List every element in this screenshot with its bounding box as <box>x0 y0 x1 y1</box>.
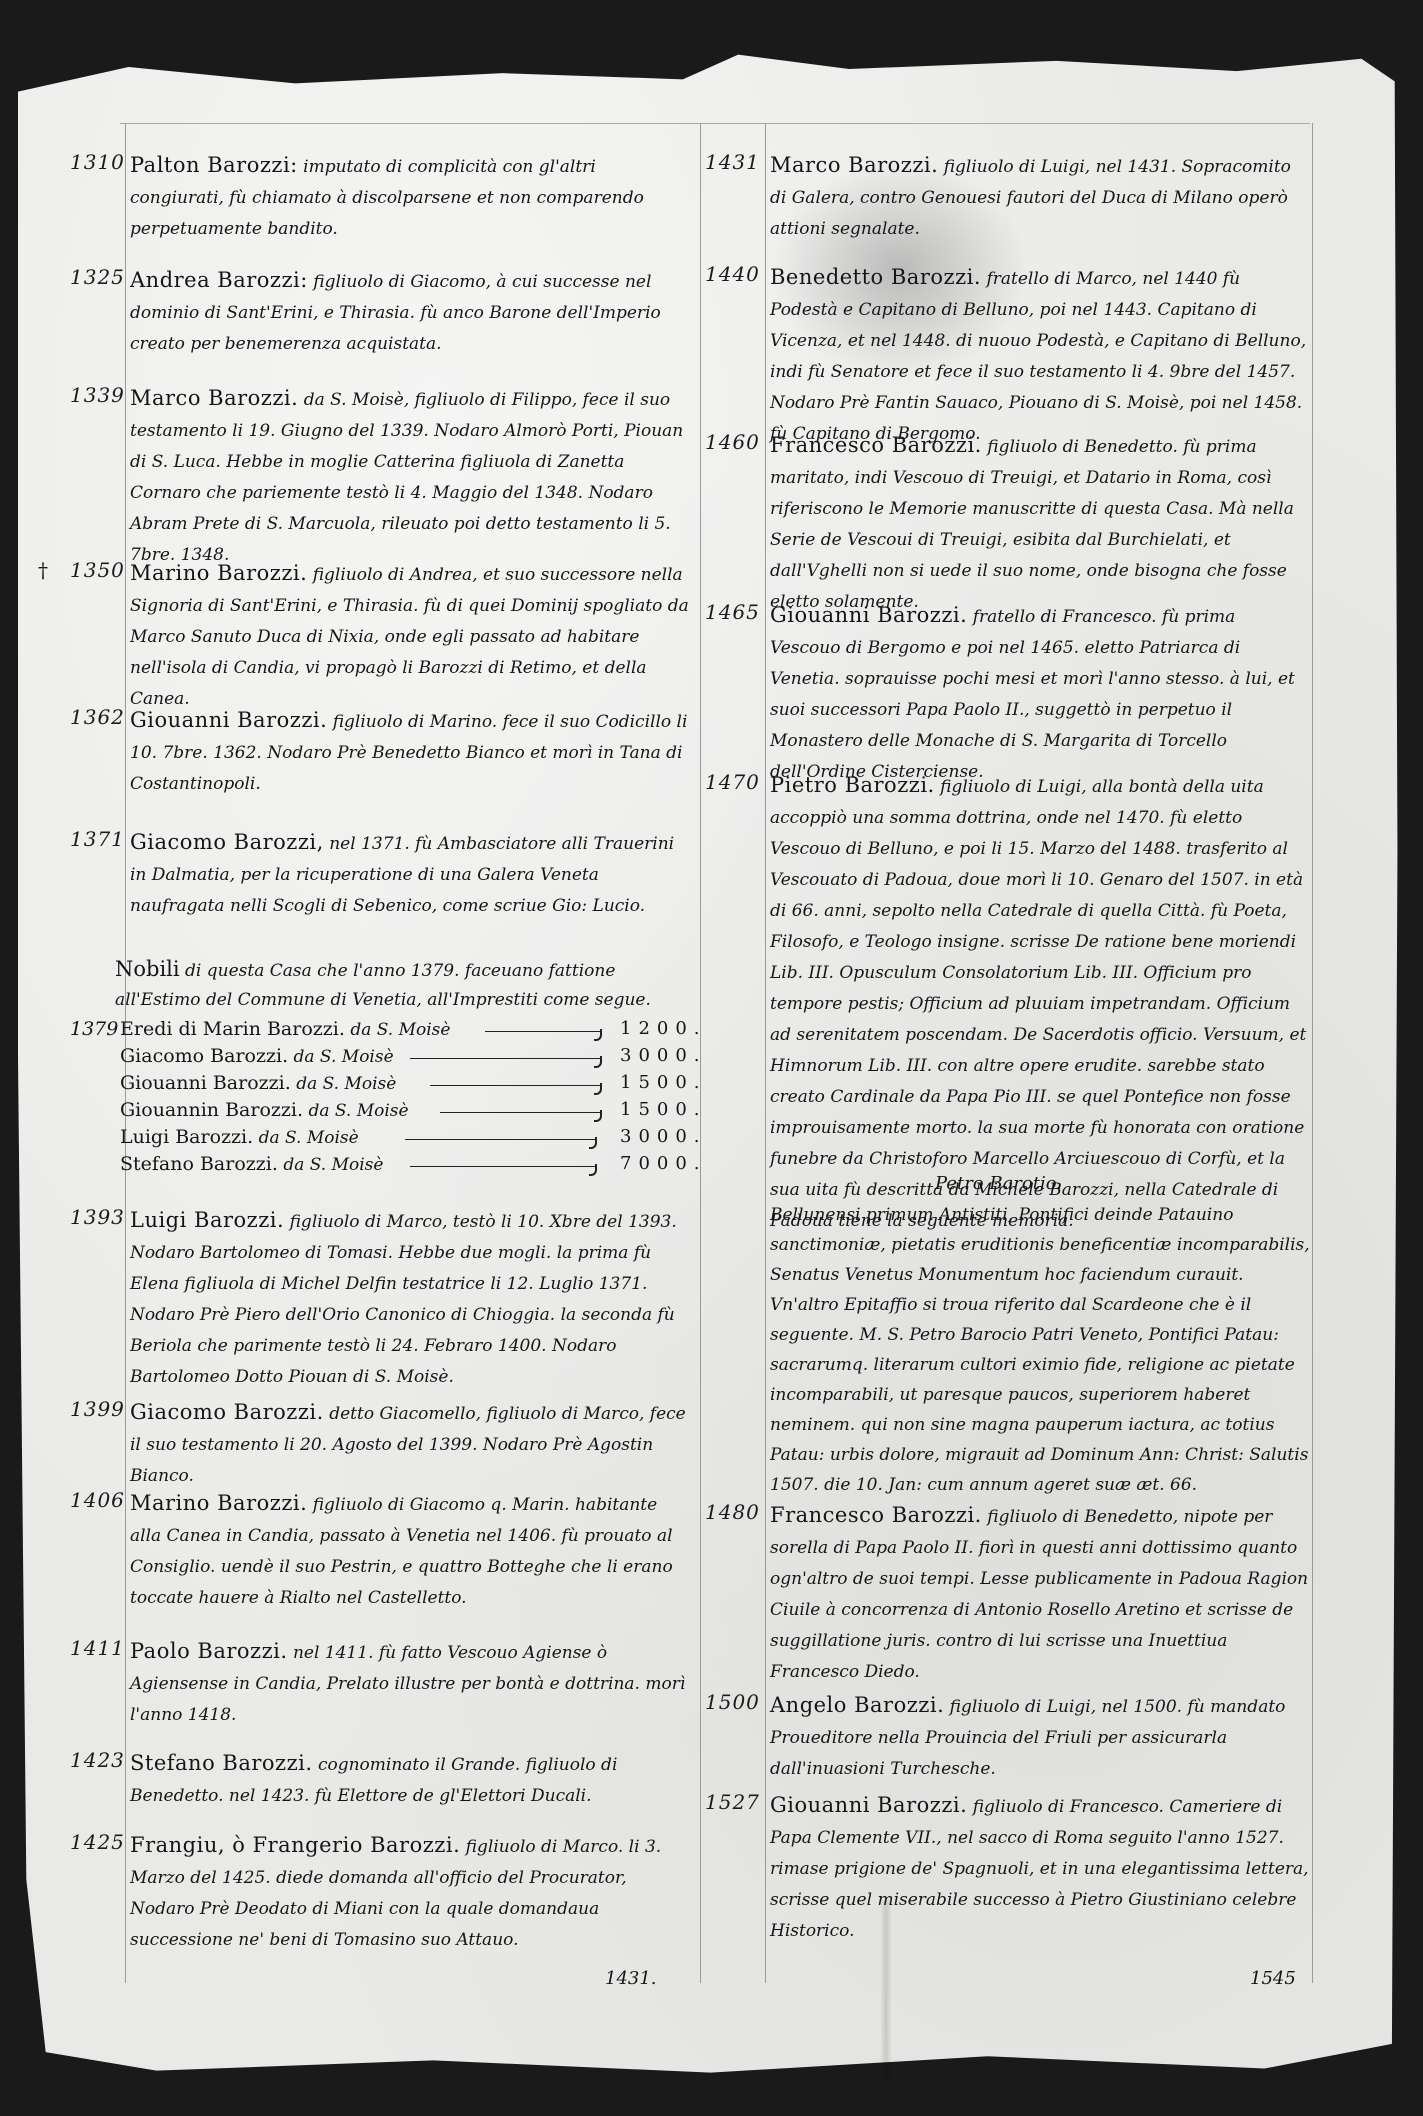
entry-year: 1425 <box>70 1830 125 1854</box>
right-edge-rule <box>1312 123 1313 1983</box>
entry-year: 1393 <box>70 1205 125 1229</box>
leader-line <box>440 1112 600 1113</box>
entry-text: Marino Barozzi. figliuolo di Giacomo q. … <box>130 1488 690 1614</box>
entry-name: Angelo Barozzi. <box>770 1693 944 1717</box>
leader-line <box>410 1166 595 1167</box>
catchword-right: 1545 <box>1250 1968 1296 1989</box>
ruled-frame-top <box>120 123 1310 124</box>
entry-year: 1411 <box>70 1636 125 1660</box>
entry-name: Marino Barozzi. <box>130 1491 307 1515</box>
entry-name: Giouanni Barozzi. <box>130 708 327 732</box>
estimo-row: Giouanni Barozzi. da S. Moisè 1500. <box>65 1072 700 1099</box>
entry-year: 1480 <box>705 1500 760 1524</box>
estimo-row: Luigi Barozzi. da S. Moisè 3000. <box>65 1126 700 1153</box>
entry-year: 1406 <box>70 1488 125 1512</box>
entry-name: Palton Barozzi: <box>130 153 298 177</box>
leader-line <box>485 1031 600 1032</box>
entry-year: 1431 <box>705 150 760 174</box>
entry-year: 1500 <box>705 1690 760 1714</box>
entry-name: Francesco Barozzi. <box>770 1503 982 1527</box>
entry-text: Palton Barozzi: imputato di complicità c… <box>130 150 690 245</box>
entry-text: Giacomo Barozzi, nel 1371. fù Ambasciato… <box>130 827 690 922</box>
entry-year: 1440 <box>705 262 760 286</box>
entry-text: Angelo Barozzi. figliuolo di Luigi, nel … <box>770 1690 1310 1785</box>
entry-text: Francesco Barozzi. figliuolo di Benedett… <box>770 430 1310 618</box>
entry-year: 1399 <box>70 1397 125 1421</box>
entry-name: Andrea Barozzi: <box>130 268 308 292</box>
entry-name: Luigi Barozzi. <box>130 1208 284 1232</box>
entry-name: Benedetto Barozzi. <box>770 265 981 289</box>
dagger-mark: † <box>38 558 48 582</box>
entry-year: 1527 <box>705 1790 760 1814</box>
entry-text: Stefano Barozzi. cognominato il Grande. … <box>130 1748 690 1812</box>
entry-year: 1423 <box>70 1748 125 1772</box>
entry-text: Andrea Barozzi: figliuolo di Giacomo, à … <box>130 265 690 360</box>
entry-name: Paolo Barozzi. <box>130 1639 288 1663</box>
entry-text: Francesco Barozzi. figliuolo di Benedett… <box>770 1500 1310 1688</box>
entry-text: Giouanni Barozzi. fratello di Francesco.… <box>770 600 1310 788</box>
entry-year: 1371 <box>70 827 125 851</box>
estimo-amount: 7000. <box>620 1153 707 1174</box>
entry-year: 1362 <box>70 705 125 729</box>
entry-name: Francesco Barozzi. <box>770 433 982 457</box>
estimo-intro: Nobili di questa Casa che l'anno 1379. f… <box>115 955 695 1015</box>
entry-name: Giouanni Barozzi. <box>770 603 967 627</box>
estimo-year: 1379 <box>70 1018 118 1040</box>
entry-name: Giacomo Barozzi. <box>130 1400 324 1424</box>
entry-text: Giouanni Barozzi. figliuolo di Francesco… <box>770 1790 1310 1947</box>
entry-text: Frangiu, ò Frangerio Barozzi. figliuolo … <box>130 1830 690 1956</box>
entry-text: Paolo Barozzi. nel 1411. fù fatto Vescou… <box>130 1636 690 1731</box>
epitaph-text: Bellunensi primum Antistiti, Pontifici d… <box>770 1200 1315 1500</box>
estimo-list: 1379 Eredi di Marin Barozzi. da S. Moisè… <box>65 1018 700 1180</box>
leader-line <box>410 1058 600 1059</box>
entry-year: 1460 <box>705 430 760 454</box>
entry-text: Luigi Barozzi. figliuolo di Marco, testò… <box>130 1205 690 1393</box>
entry-name: Frangiu, ò Frangerio Barozzi. <box>130 1833 460 1857</box>
entry-name: Marco Barozzi. <box>770 153 938 177</box>
estimo-amount: 3000. <box>620 1045 707 1066</box>
estimo-row: Stefano Barozzi. da S. Moisè 7000. <box>65 1153 700 1180</box>
estimo-row: Giouannin Barozzi. da S. Moisè 1500. <box>65 1099 700 1126</box>
entry-year: 1470 <box>705 770 760 794</box>
entry-name: Giacomo Barozzi, <box>130 830 324 854</box>
entry-text: Marco Barozzi. da S. Moisè, figliuolo di… <box>130 383 690 571</box>
entry-year: 1325 <box>70 265 125 289</box>
leader-line <box>430 1085 600 1086</box>
entry-name: Stefano Barozzi. <box>130 1751 313 1775</box>
entry-name: Marino Barozzi. <box>130 561 307 585</box>
leader-line <box>405 1139 595 1140</box>
entry-text: Giacomo Barozzi. detto Giacomello, figli… <box>130 1397 690 1492</box>
catchword-left: 1431. <box>605 1968 657 1989</box>
entry-text: Giouanni Barozzi. figliuolo di Marino. f… <box>130 705 690 800</box>
estimo-row: Giacomo Barozzi. da S. Moisè 3000. <box>65 1045 700 1072</box>
entry-name: Pietro Barozzi. <box>770 773 935 797</box>
estimo-amount: 1200. <box>620 1018 707 1039</box>
estimo-amount: 1500. <box>620 1099 707 1120</box>
entry-year: 1339 <box>70 383 125 407</box>
entry-name: Marco Barozzi. <box>130 386 298 410</box>
entry-year: 1465 <box>705 600 760 624</box>
right-column-margin-rule <box>765 123 766 1983</box>
entry-name: Giouanni Barozzi. <box>770 1793 967 1817</box>
entry-text: Marco Barozzi. figliuolo di Luigi, nel 1… <box>770 150 1310 245</box>
estimo-row: 1379 Eredi di Marin Barozzi. da S. Moisè… <box>65 1018 700 1045</box>
entry-year: 1310 <box>70 150 125 174</box>
estimo-amount: 3000. <box>620 1126 707 1147</box>
entry-year: 1350 <box>70 558 125 582</box>
epitaph-title: Petro Barotio. <box>935 1173 1062 1194</box>
entry-text: Marino Barozzi. figliuolo di Andrea, et … <box>130 558 690 715</box>
estimo-amount: 1500. <box>620 1072 707 1093</box>
entry-text: Benedetto Barozzi. fratello di Marco, ne… <box>770 262 1310 450</box>
entry-text: Pietro Barozzi. figliuolo di Luigi, alla… <box>770 770 1310 1237</box>
